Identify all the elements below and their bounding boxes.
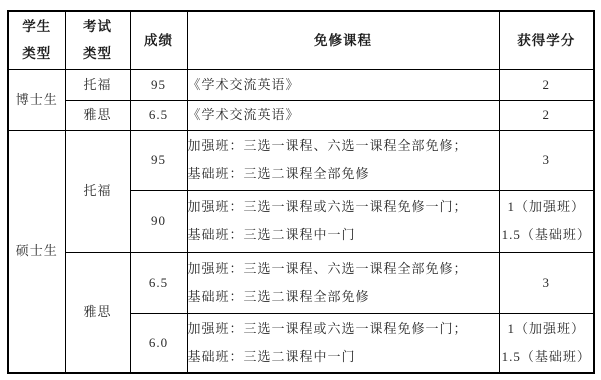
student-group-doctoral: 博士生 (8, 69, 65, 130)
header-courses: 免修课程 (187, 11, 499, 69)
credits-cell: 1（加强班） 1.5（基础班） (499, 313, 594, 373)
table-row-doctoral-toefl: 博士生 托福 95 《学术交流英语》 2 (8, 69, 594, 100)
credits-cell: 3 (499, 252, 594, 313)
credits-cell: 2 (499, 69, 594, 100)
credits-cell: 2 (499, 100, 594, 130)
document-page: 学生 类型 考试 类型 成绩 免修课程 获得学分 博士生 托福 95 《学术交流… (0, 0, 601, 380)
table-row-master-toefl-95: 硕士生 托福 95 加强班：三选一课程、六选一课程全部免修； 基础班：三选二课程… (8, 130, 594, 190)
exam-cell: 托福 (65, 130, 130, 252)
score-cell: 95 (130, 69, 187, 100)
header-exam-type: 考试 类型 (65, 11, 130, 69)
exam-cell: 雅思 (65, 252, 130, 373)
exam-cell: 托福 (65, 69, 130, 100)
courses-cell: 加强班：三选一课程、六选一课程全部免修； 基础班：三选二课程全部免修 (187, 252, 499, 313)
header-score: 成绩 (130, 11, 187, 69)
credits-cell: 1（加强班） 1.5（基础班） (499, 190, 594, 252)
score-cell: 6.0 (130, 313, 187, 373)
courses-cell: 加强班：三选一课程、六选一课程全部免修； 基础班：三选二课程全部免修 (187, 130, 499, 190)
header-credits: 获得学分 (499, 11, 594, 69)
table-row-doctoral-ielts: 雅思 6.5 《学术交流英语》 2 (8, 100, 594, 130)
exam-cell: 雅思 (65, 100, 130, 130)
score-cell: 6.5 (130, 252, 187, 313)
score-cell: 90 (130, 190, 187, 252)
courses-cell: 《学术交流英语》 (187, 69, 499, 100)
student-group-master: 硕士生 (8, 130, 65, 373)
courses-cell: 《学术交流英语》 (187, 100, 499, 130)
table-row-master-ielts-65: 雅思 6.5 加强班：三选一课程、六选一课程全部免修； 基础班：三选二课程全部免… (8, 252, 594, 313)
courses-cell: 加强班：三选一课程或六选一课程免修一门； 基础班：三选二课程中一门 (187, 190, 499, 252)
credits-cell: 3 (499, 130, 594, 190)
exemption-table: 学生 类型 考试 类型 成绩 免修课程 获得学分 博士生 托福 95 《学术交流… (7, 10, 595, 374)
score-cell: 95 (130, 130, 187, 190)
header-row: 学生 类型 考试 类型 成绩 免修课程 获得学分 (8, 11, 594, 69)
header-student-type: 学生 类型 (8, 11, 65, 69)
score-cell: 6.5 (130, 100, 187, 130)
courses-cell: 加强班：三选一课程或六选一课程免修一门； 基础班：三选二课程中一门 (187, 313, 499, 373)
